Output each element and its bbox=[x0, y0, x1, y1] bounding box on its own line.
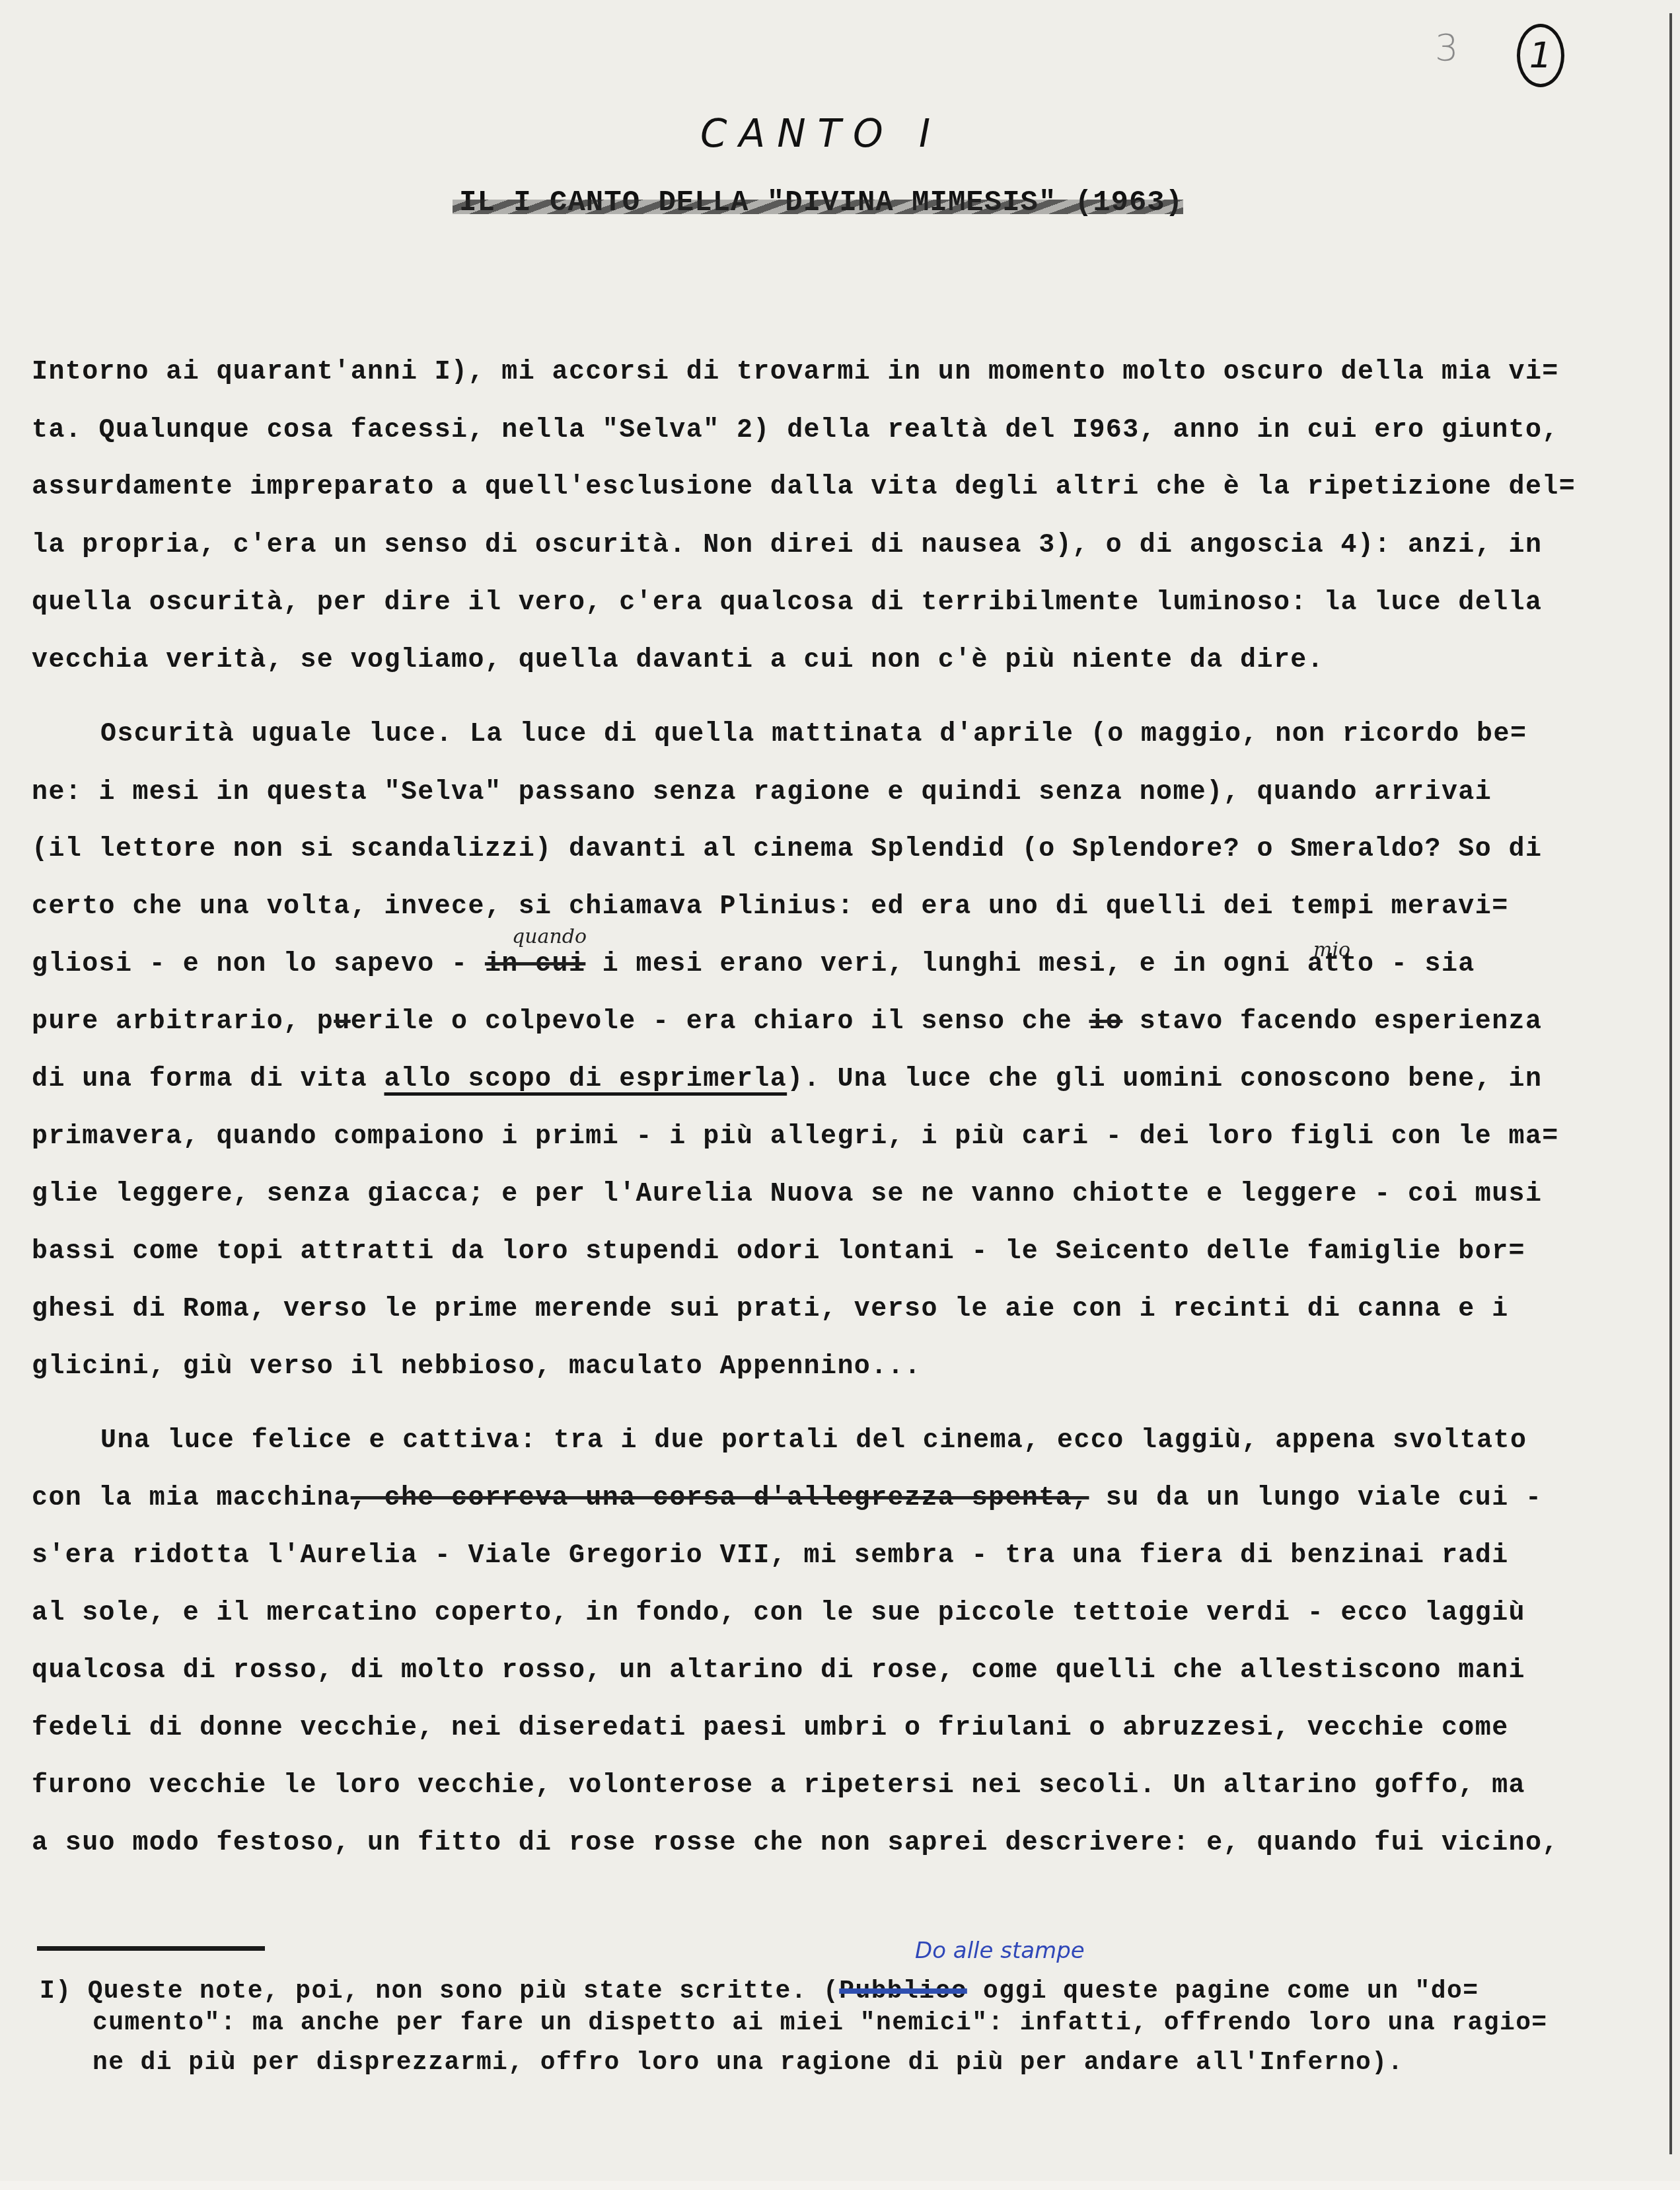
body-line-edited: gliosi - e non lo sapevo - in cui i mesi… bbox=[32, 949, 1475, 981]
body-line: furono vecchie le loro vecchie, volonter… bbox=[32, 1770, 1525, 1802]
handwritten-insert-quando: quando bbox=[512, 925, 587, 948]
body-line: Intorno ai quarant'anni I), mi accorsi d… bbox=[32, 357, 1559, 389]
body-line: ne: i mesi in questa "Selva" passano sen… bbox=[32, 777, 1492, 809]
body-line: ta. Qualunque cosa facessi, nella "Selva… bbox=[32, 415, 1559, 447]
footnote-line: I) Queste note, poi, non sono più state … bbox=[40, 1976, 1479, 2008]
body-line: assurdamente impreparato a quell'esclusi… bbox=[32, 472, 1576, 504]
pencil-page-number: 3 bbox=[1435, 26, 1459, 69]
body-line: la propria, c'era un senso di oscurità. … bbox=[32, 530, 1542, 562]
body-line: fedeli di donne vecchie, nei diseredati … bbox=[32, 1713, 1509, 1745]
body-line: quella oscurità, per dire il vero, c'era… bbox=[32, 587, 1542, 619]
footnote-rule bbox=[37, 1946, 265, 1951]
body-line: Una luce felice e cattiva: tra i due por… bbox=[100, 1425, 1527, 1457]
body-line: Oscurità uguale luce. La luce di quella … bbox=[100, 719, 1527, 751]
body-line: (il lettore non si scandalizzi) davanti … bbox=[32, 834, 1542, 866]
footnote-line: ne di più per disprezzarmi, offro loro u… bbox=[92, 2047, 1404, 2079]
body-line-edited: con la mia macchina, che correva una cor… bbox=[32, 1483, 1542, 1515]
circled-page-number: 1 bbox=[1517, 24, 1564, 87]
footnote-marker: I) bbox=[40, 1977, 71, 2006]
body-line: bassi come topi attratti da loro stupend… bbox=[32, 1236, 1525, 1268]
page-edge-line bbox=[1669, 13, 1672, 2154]
struck-title: IL I CANTO DELLA "DIVINA MIMESIS" (1963) bbox=[459, 186, 1183, 219]
body-line-edited: pure arbitrario, puerile o colpevole - e… bbox=[32, 1006, 1542, 1038]
body-line: s'era ridotta l'Aurelia - Viale Gregorio… bbox=[32, 1540, 1509, 1572]
body-line: primavera, quando compaiono i primi - i … bbox=[32, 1121, 1559, 1153]
underlined-phrase: allo scopo di esprimerla bbox=[384, 1065, 787, 1094]
canto-heading: CANTO I bbox=[700, 111, 942, 156]
body-line: a suo modo festoso, un fitto di rose ros… bbox=[32, 1828, 1559, 1860]
footnote-line: cumento": ma anche per fare un dispetto … bbox=[92, 2008, 1548, 2039]
body-line: ghesi di Roma, verso le prime merende su… bbox=[32, 1294, 1509, 1326]
body-line: glie leggere, senza giacca; e per l'Aure… bbox=[32, 1179, 1542, 1211]
body-line: vecchia verità, se vogliamo, quella dava… bbox=[32, 645, 1324, 677]
body-line-underlined: di una forma di vita allo scopo di espri… bbox=[32, 1064, 1542, 1096]
blue-handwritten-note: Do alle stampe bbox=[915, 1938, 1085, 1964]
body-line: glicini, giù verso il nebbioso, maculato… bbox=[32, 1351, 921, 1383]
body-line: qualcosa di rosso, di molto rosso, un al… bbox=[32, 1655, 1525, 1687]
body-line: certo che una volta, invece, si chiamava… bbox=[32, 891, 1509, 923]
body-line: al sole, e il mercatino coperto, in fond… bbox=[32, 1598, 1525, 1630]
